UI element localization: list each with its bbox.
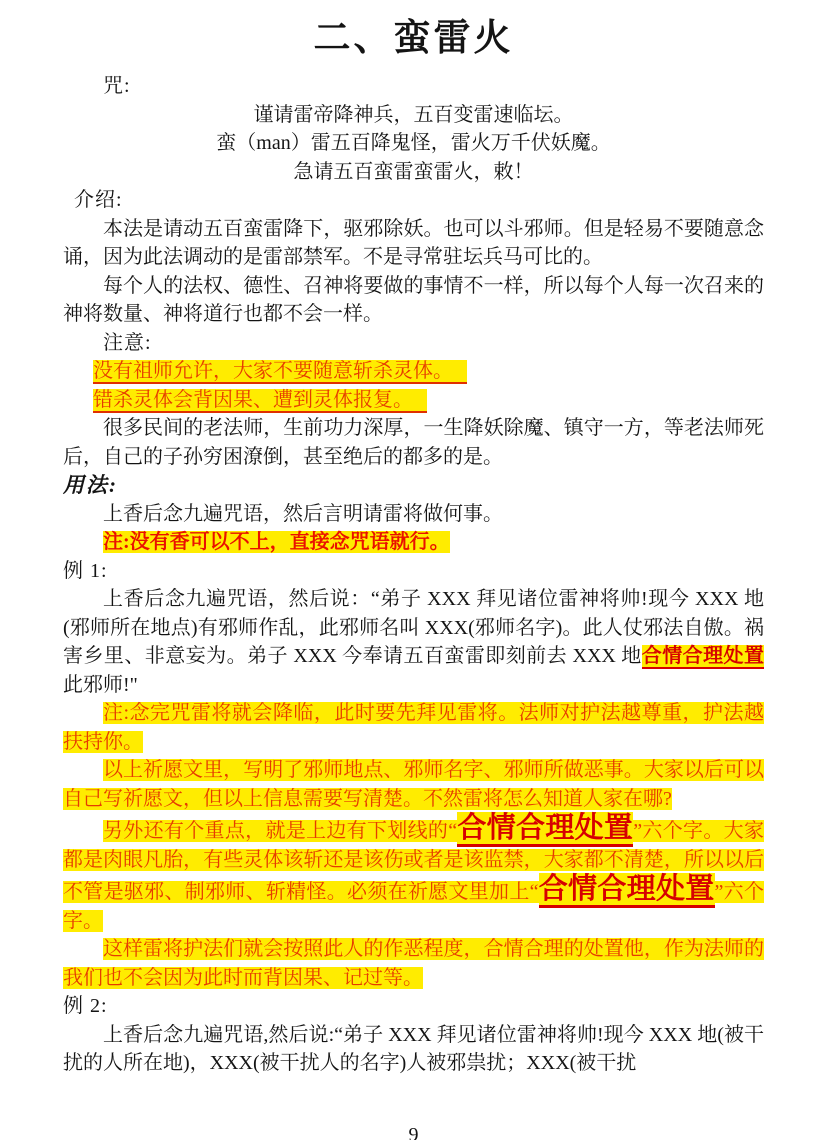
- example-1-note-text: 注:念完咒雷将就会降临，此时要先拜见雷将。法师对护法越尊重，护法越扶持你。: [63, 702, 764, 753]
- usage-heading-text: 用法:: [63, 473, 118, 497]
- example-2-paragraph-text: 上香后念九遍咒语,然后说:“弟子 XXX 拜见诸位雷神将帅!现今 XXX 地(被…: [63, 1024, 764, 1075]
- key-point-paragraph-text: 合情合理处置: [457, 812, 633, 847]
- example-2-label: 例 2:: [63, 992, 764, 1021]
- prayer-explanation-paragraph-text: 以上祈愿文里，写明了邪师地点、邪师名字、邪师所做恶事。大家以后可以自己写祈愿文，…: [63, 759, 764, 810]
- warning-line-2: 错杀灵体会背因果、遭到灵体报复。: [63, 386, 764, 415]
- chant-line-2-text: 蛮（man）雷五百降鬼怪，雷火万千伏妖魔。: [216, 132, 610, 154]
- key-point-paragraph-text: 另外还有个重点，就是上边有下划线的“: [103, 820, 457, 842]
- usage-paragraph: 上香后念九遍咒语，然后言明请雷将做何事。: [63, 500, 764, 529]
- note-label: 注意:: [63, 329, 764, 358]
- page-title: 二、蛮雷火: [63, 16, 764, 62]
- usage-paragraph-text: 上香后念九遍咒语，然后言明请雷将做何事。: [103, 503, 503, 525]
- example-2-label-text: 例 2:: [63, 995, 108, 1017]
- chant-line-3-text: 急请五百蛮雷蛮雷火，敕！: [294, 161, 534, 183]
- example-1-paragraph: 上香后念九遍咒语，然后说：“弟子 XXX 拜见诸位雷神将帅!现今 XXX 地(邪…: [63, 585, 764, 699]
- example-2-paragraph: 上香后念九遍咒语,然后说:“弟子 XXX 拜见诸位雷神将帅!现今 XXX 地(被…: [63, 1021, 764, 1078]
- result-paragraph-text: 这样雷将护法们就会按照此人的作恶程度，合情合理的处置他，作为法师的我们也不会因为…: [63, 938, 764, 989]
- key-point-paragraph: 另外还有个重点，就是上边有下划线的“合情合理处置”六个字。大家都是肉眼凡胎，有些…: [63, 813, 764, 935]
- document-page: 二、蛮雷火 咒:谨请雷帝降神兵，五百变雷速临坛。蛮（man）雷五百降鬼怪，雷火万…: [0, 0, 827, 1140]
- note-label-text: 注意:: [103, 332, 152, 354]
- usage-heading: 用法:: [63, 471, 764, 500]
- chant-line-2: 蛮（man）雷五百降鬼怪，雷火万千伏妖魔。: [63, 129, 764, 158]
- intro-paragraph-1: 本法是请动五百蛮雷降下，驱邪除妖。也可以斗邪师。但是轻易不要随意念诵，因为此法调…: [63, 215, 764, 272]
- intro-label: 介绍:: [63, 186, 764, 215]
- warning-line-2-text: 错杀灵体会背因果、遭到灵体报复。: [93, 389, 427, 413]
- chant-line-3: 急请五百蛮雷蛮雷火，敕！: [63, 158, 764, 187]
- incantation-label-text: 咒:: [103, 75, 131, 97]
- intro-label-text: 介绍:: [74, 189, 123, 211]
- chant-line-1: 谨请雷帝降神兵，五百变雷速临坛。: [63, 101, 764, 130]
- usage-note-text: 注:没有香可以不上，直接念咒语就行。: [103, 531, 450, 553]
- example-1-paragraph-text: 此邪师!": [63, 674, 138, 696]
- result-paragraph: 这样雷将护法们就会按照此人的作恶程度，合情合理的处置他，作为法师的我们也不会因为…: [63, 935, 764, 992]
- example-1-paragraph-text: 合情合理处置: [642, 645, 764, 669]
- intro-paragraph-2: 每个人的法权、德性、召神将要做的事情不一样，所以每个人每一次召来的神将数量、神将…: [63, 272, 764, 329]
- chant-line-1-text: 谨请雷帝降神兵，五百变雷速临坛。: [254, 104, 574, 126]
- old-masters-paragraph-text: 很多民间的老法师，生前功力深厚，一生降妖除魔、镇守一方，等老法师死后，自己的子孙…: [63, 417, 764, 468]
- usage-note: 注:没有香可以不上，直接念咒语就行。: [63, 528, 764, 557]
- intro-paragraph-2-text: 每个人的法权、德性、召神将要做的事情不一样，所以每个人每一次召来的神将数量、神将…: [63, 275, 764, 326]
- incantation-label: 咒:: [63, 72, 764, 101]
- example-1-label: 例 1:: [63, 557, 764, 586]
- warning-line-1-text: 没有祖师允许，大家不要随意斩杀灵体。: [93, 360, 467, 384]
- key-point-paragraph-text: 合情合理处置: [539, 873, 715, 908]
- page-number: 9: [0, 1124, 827, 1140]
- document-body: 二、蛮雷火 咒:谨请雷帝降神兵，五百变雷速临坛。蛮（man）雷五百降鬼怪，雷火万…: [0, 0, 827, 1078]
- warning-line-1: 没有祖师允许，大家不要随意斩杀灵体。: [63, 357, 764, 386]
- example-1-label-text: 例 1:: [63, 560, 108, 582]
- old-masters-paragraph: 很多民间的老法师，生前功力深厚，一生降妖除魔、镇守一方，等老法师死后，自己的子孙…: [63, 414, 764, 471]
- intro-paragraph-1-text: 本法是请动五百蛮雷降下，驱邪除妖。也可以斗邪师。但是轻易不要随意念诵，因为此法调…: [63, 218, 764, 269]
- prayer-explanation-paragraph: 以上祈愿文里，写明了邪师地点、邪师名字、邪师所做恶事。大家以后可以自己写祈愿文，…: [63, 756, 764, 813]
- example-1-note: 注:念完咒雷将就会降临，此时要先拜见雷将。法师对护法越尊重，护法越扶持你。: [63, 699, 764, 756]
